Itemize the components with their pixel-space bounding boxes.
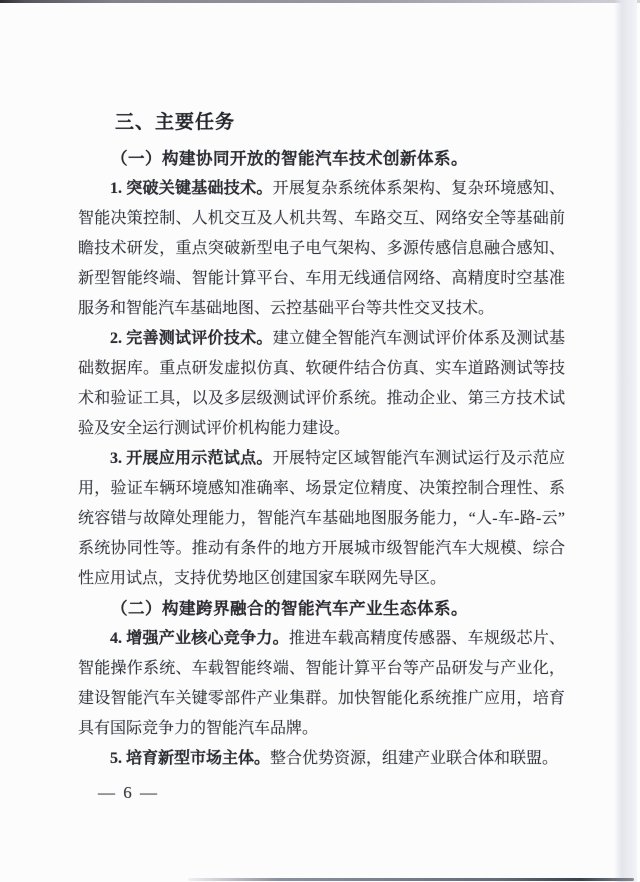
scan-bottom-edge-artifact [188,878,634,881]
paragraph-4: 4. 增强产业核心竞争力。推进车载高精度传感器、车规级芯片、智能操作系统、车载智… [78,624,565,744]
paragraph-5-lead: 5. 培育新型市场主体。 [110,750,270,767]
scanned-document-page: 三、主要任务 （一）构建协同开放的智能汽车技术创新体系。 1. 突破关键基础技术… [0,0,640,882]
subsection-title-2: （二）构建跨界融合的智能汽车产业生态体系。 [78,594,565,624]
page-number: — 6 — [98,783,159,803]
paragraph-3-body: 开展特定区域智能汽车测试运行及示范应用，验证车辆环境感知准确率、场景定位精度、决… [78,450,565,587]
paragraph-2-lead: 2. 完善测试评价技术。 [110,330,273,347]
document-body: 三、主要任务 （一）构建协同开放的智能汽车技术创新体系。 1. 突破关键基础技术… [0,0,640,774]
paragraph-1: 1. 突破关键基础技术。开展复杂系统体系架构、复杂环境感知、智能决策控制、人机交… [78,174,565,324]
paragraph-1-body: 开展复杂系统体系架构、复杂环境感知、智能决策控制、人机交互及人机共驾、车路交互、… [78,180,565,317]
paragraph-3: 3. 开展应用示范试点。开展特定区域智能汽车测试运行及示范应用，验证车辆环境感知… [78,444,565,594]
paragraph-3-lead: 3. 开展应用示范试点。 [110,450,273,467]
paragraph-5-body: 整合优势资源，组建产业联合体和联盟。 [270,750,558,767]
paragraph-2: 2. 完善测试评价技术。建立健全智能汽车测试评价体系及测试基础数据库。重点研发虚… [78,324,565,444]
paragraph-4-lead: 4. 增强产业核心竞争力。 [110,630,289,647]
subsection-title-1: （一）构建协同开放的智能汽车技术创新体系。 [78,144,565,174]
paragraph-5: 5. 培育新型市场主体。整合优势资源，组建产业联合体和联盟。 [78,744,565,774]
section-heading: 三、主要任务 [115,108,565,138]
paragraph-1-lead: 1. 突破关键基础技术。 [110,180,273,197]
